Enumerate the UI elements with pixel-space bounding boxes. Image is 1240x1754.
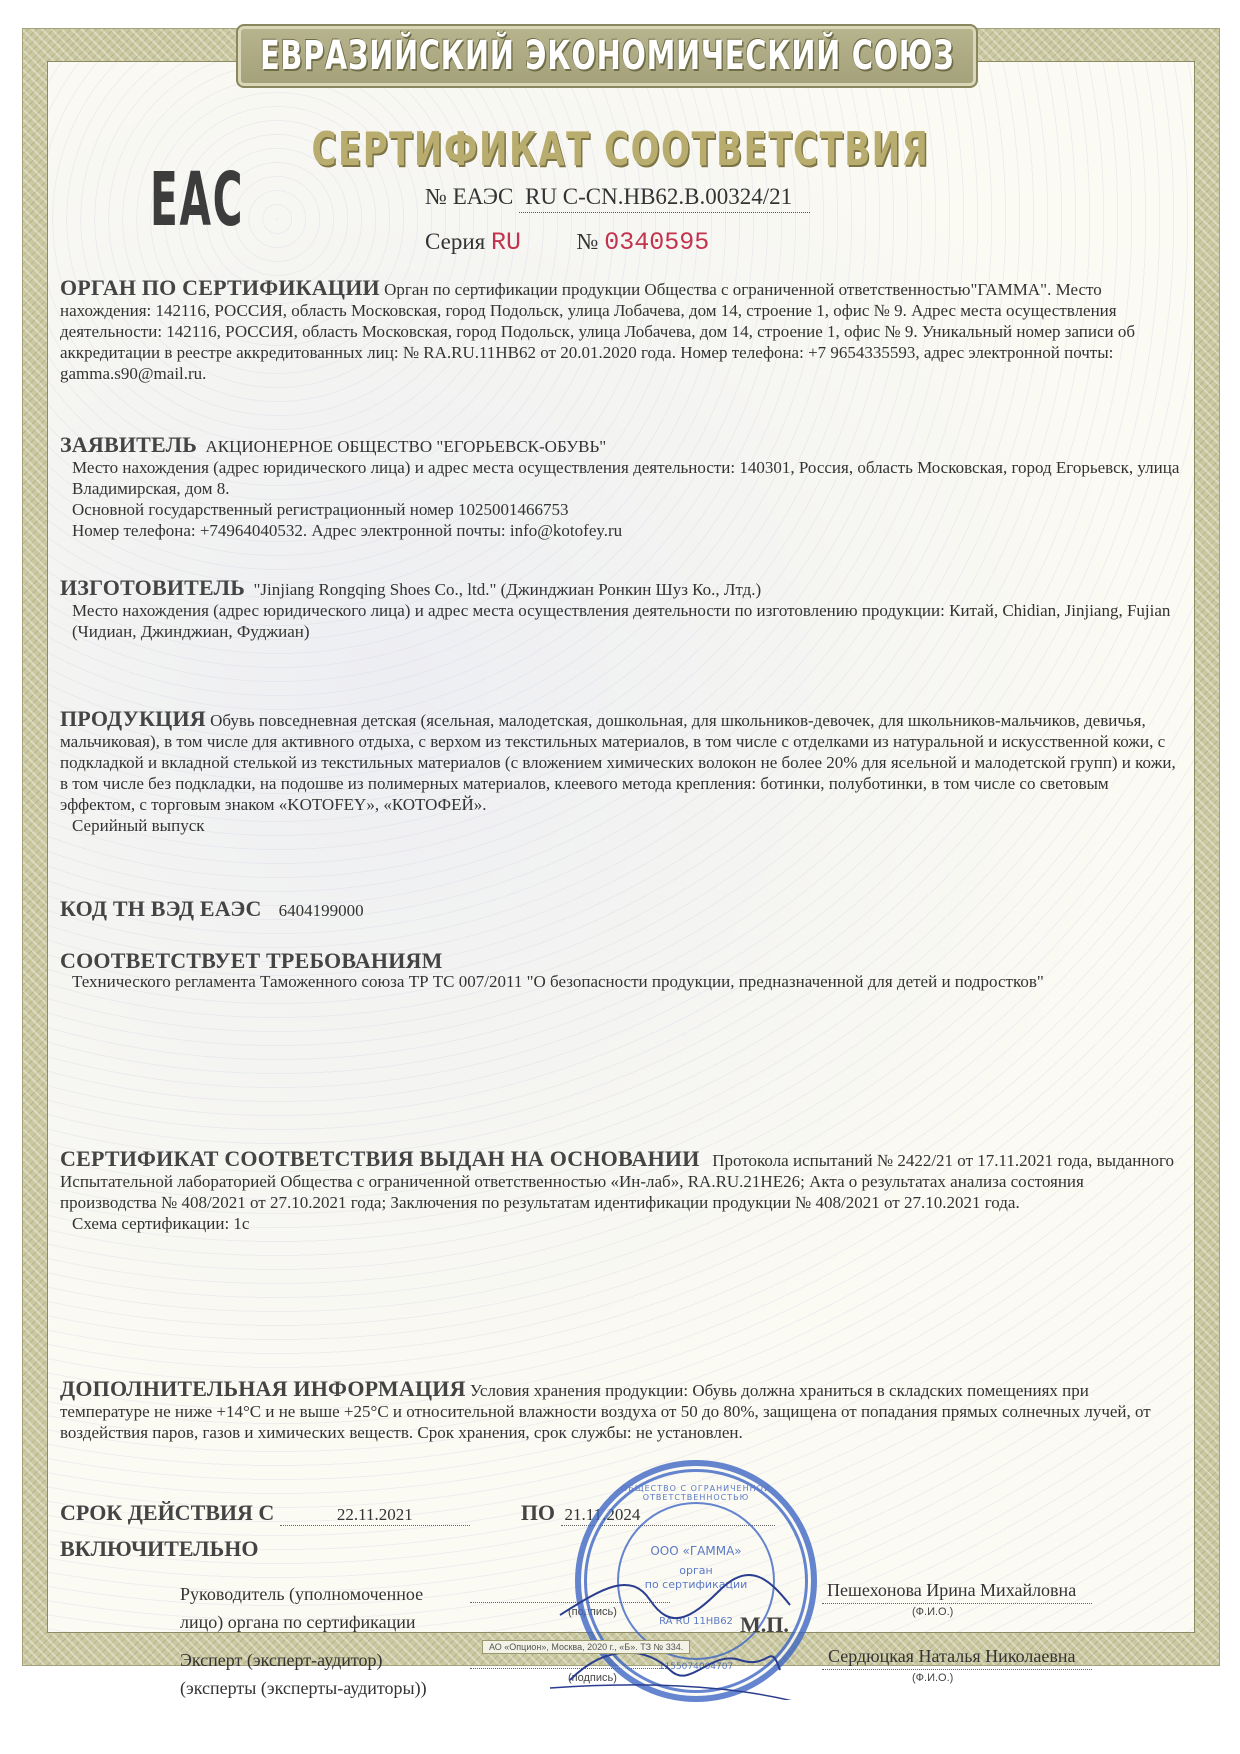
head-label: Руководитель (уполномоченное лицо) орган… <box>180 1580 423 1636</box>
section-basis: СЕРТИФИКАТ СООТВЕТСТВИЯ ВЫДАН НА ОСНОВАН… <box>60 1148 1180 1234</box>
certificate-number: № ЕАЭС RU C-CN.HB62.B.00324/21 <box>425 184 810 213</box>
expert-label: Эксперт (эксперт-аудитор) (эксперты (экс… <box>180 1646 427 1702</box>
section-product: ПРОДУКЦИЯ Обувь повседневная детская (яс… <box>60 708 1180 836</box>
union-banner: ЕВРАЗИЙСКИЙ ЭКОНОМИЧЕСКИЙ СОЮЗ <box>236 24 978 88</box>
certificate-number-value: RU C-CN.HB62.B.00324/21 <box>519 184 810 213</box>
section-applicant: ЗАЯВИТЕЛЬ АКЦИОНЕРНОЕ ОБЩЕСТВО "ЕГОРЬЕВС… <box>60 434 1180 541</box>
eac-logo-icon: ЕАС <box>150 157 244 243</box>
section-requirements: СООТВЕТСТВУЕТ ТРЕБОВАНИЯМ Технического р… <box>60 950 1180 992</box>
signatures-scribble-icon <box>540 1560 870 1700</box>
series-value: RU <box>491 228 521 257</box>
section-certification-body: ОРГАН ПО СЕРТИФИКАЦИИ Орган по сертифика… <box>60 277 1180 384</box>
hs-code-value: 6404199000 <box>279 901 364 920</box>
union-banner-text: ЕВРАЗИЙСКИЙ ЭКОНОМИЧЕСКИЙ СОЮЗ <box>260 33 954 79</box>
section-hs-code: КОД ТН ВЭД ЕАЭС 6404199000 <box>60 898 1180 921</box>
section-manufacturer: ИЗГОТОВИТЕЛЬ "Jinjiang Rongqing Shoes Co… <box>60 577 1180 642</box>
series-line: Серия RU № 0340595 <box>425 228 709 257</box>
valid-from: 22.11.2021 <box>280 1505 470 1526</box>
section-additional-info: ДОПОЛНИТЕЛЬНАЯ ИНФОРМАЦИЯ Условия хранен… <box>60 1378 1180 1443</box>
seal-label: М.П. <box>740 1612 789 1638</box>
blank-number: 0340595 <box>604 228 709 257</box>
printer-note: АО «Опцион», Москва, 2020 г., «Б». ТЗ № … <box>482 1640 690 1654</box>
